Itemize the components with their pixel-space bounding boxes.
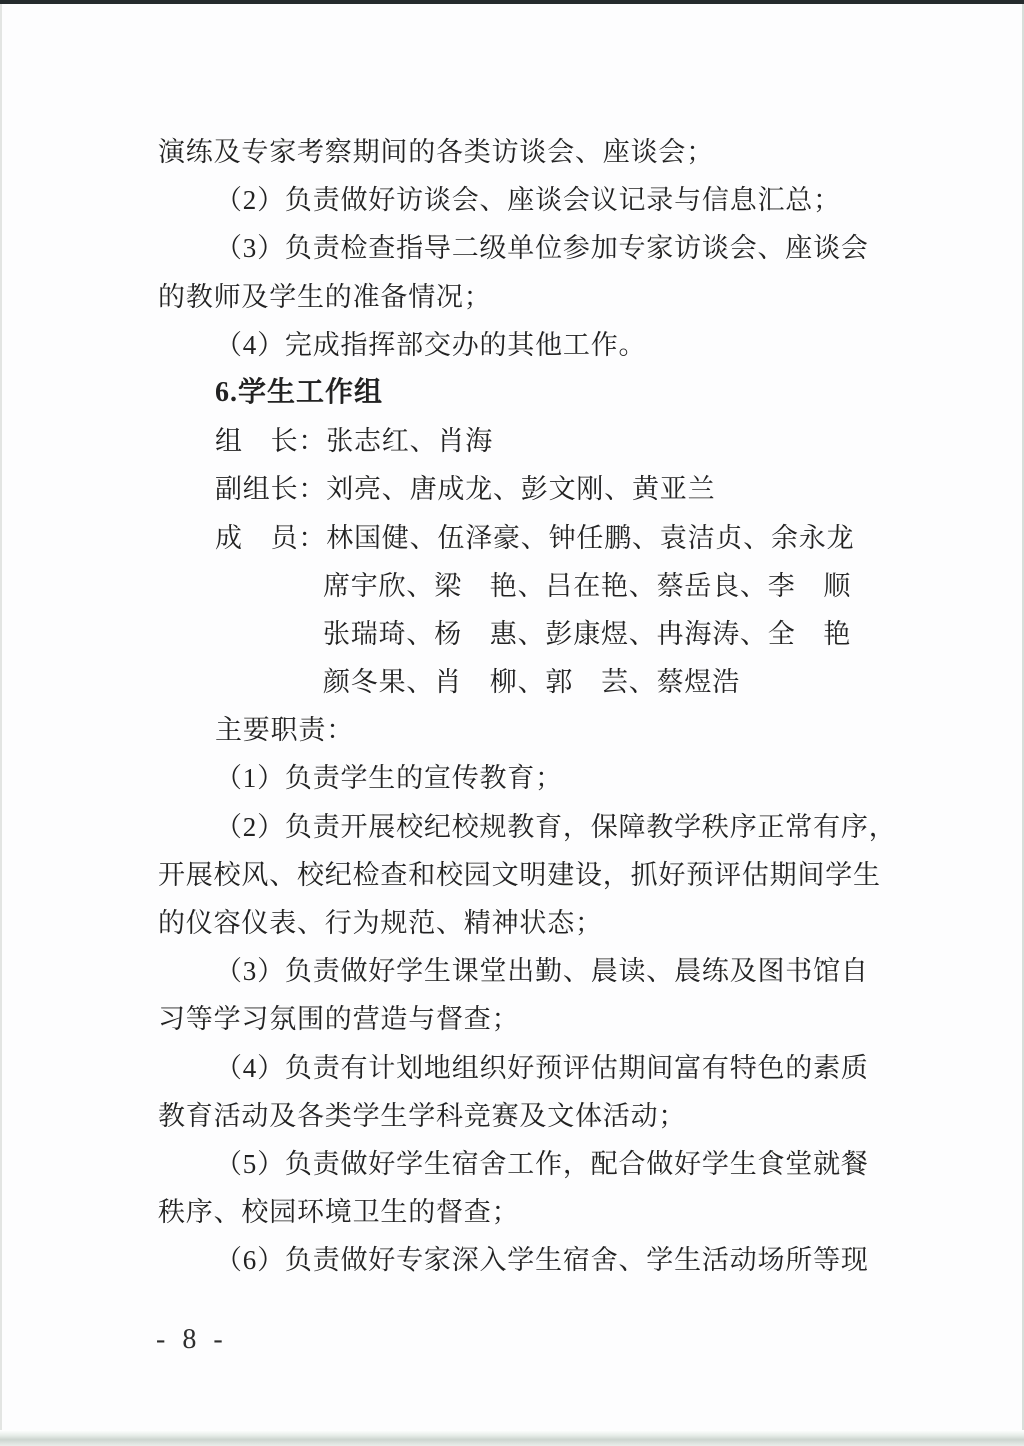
scan-edge-left [0,4,2,1446]
scan-edge-bottom [0,1430,1024,1446]
members-line: 席宇欣、梁 艳、吕在艳、蔡岳良、李 顺 [158,562,888,610]
document-page: 演练及专家考察期间的各类访谈会、座谈会； （2）负责做好访谈会、座谈会议记录与信… [0,0,1024,1446]
text-line: 习等学习氛围的营造与督查； [158,995,888,1043]
duty-item-4: （4）负责有计划地组织好预评估期间富有特色的素质 [158,1044,888,1092]
duty-item-3: （3）负责做好学生课堂出勤、晨读、晨练及图书馆自 [158,947,888,995]
members-line: 张瑞琦、杨 惠、彭康煜、冉海涛、全 艳 [158,610,888,658]
text-line: 演练及专家考察期间的各类访谈会、座谈会； [158,128,888,176]
document-body: 演练及专家考察期间的各类访谈会、座谈会； （2）负责做好访谈会、座谈会议记录与信… [158,128,888,1285]
duty-item-1: （1）负责学生的宣传教育； [158,754,888,802]
list-item-4: （4）完成指挥部交办的其他工作。 [158,321,888,369]
text-line: 秩序、校园环境卫生的督查； [158,1188,888,1236]
page-number: - 8 - [156,1316,228,1364]
text-line: 教育活动及各类学生学科竞赛及文体活动； [158,1092,888,1140]
deputy-leader-line: 副组长：刘亮、唐成龙、彭文刚、黄亚兰 [158,465,888,513]
section-heading: 6.学生工作组 [158,369,888,417]
duty-item-6: （6）负责做好专家深入学生宿舍、学生活动场所等现 [158,1236,888,1284]
list-item-3: （3）负责检查指导二级单位参加专家访谈会、座谈会 [158,224,888,272]
duty-item-2: （2）负责开展校纪校规教育，保障教学秩序正常有序， [158,803,888,851]
scan-edge-top [0,0,1024,4]
text-line: 开展校风、校纪检查和校园文明建设，抓好预评估期间学生 [158,851,888,899]
text-line: 的教师及学生的准备情况； [158,273,888,321]
members-line: 颜冬果、肖 柳、郭 芸、蔡煜浩 [158,658,888,706]
list-item-2: （2）负责做好访谈会、座谈会议记录与信息汇总； [158,176,888,224]
group-leader-line: 组 长：张志红、肖海 [158,417,888,465]
duties-label: 主要职责： [158,706,888,754]
duty-item-5: （5）负责做好学生宿舍工作，配合做好学生食堂就餐 [158,1140,888,1188]
members-line: 成 员：林国健、伍泽豪、钟任鹏、袁洁贞、余永龙 [158,514,888,562]
text-line: 的仪容仪表、行为规范、精神状态； [158,899,888,947]
